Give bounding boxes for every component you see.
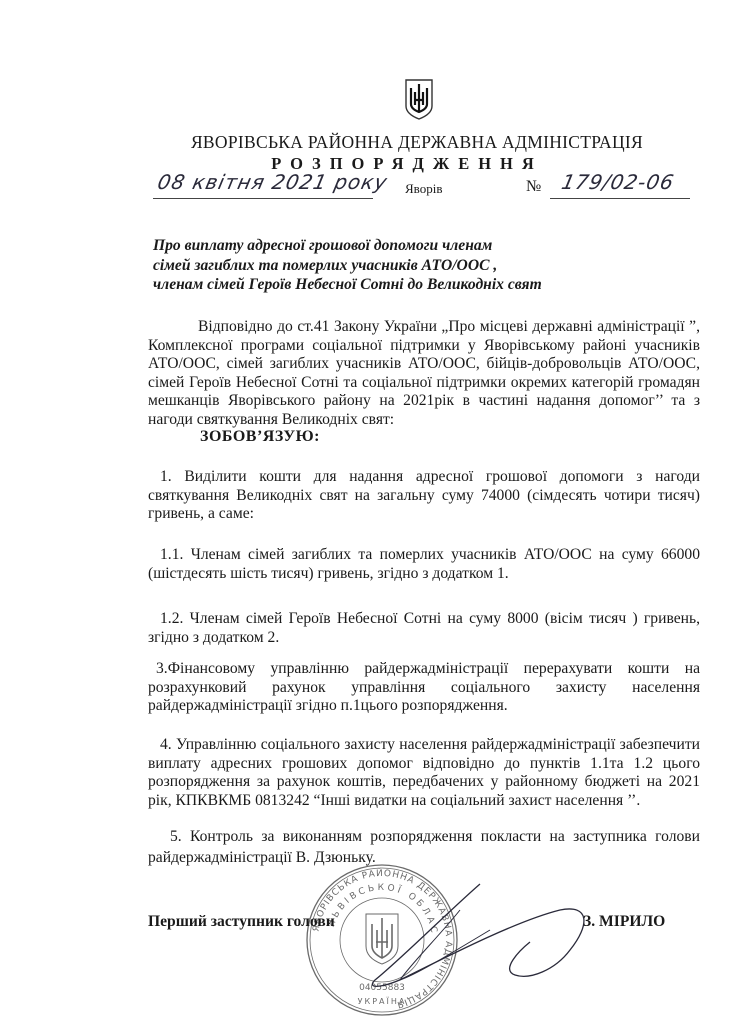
item-4-paragraph: 4. Управлінню соціального захисту населе… [148,736,700,810]
item-3-paragraph: 3.Фінансовому управлінню райдержадмініст… [148,660,700,716]
handwritten-date: 08 квітня 2021 року [155,170,390,194]
handwritten-number: 179/02-06 [559,170,676,194]
trident-coat-of-arms-icon [404,78,434,120]
subject-line: сімей загиблих та померлих учасників АТО… [153,256,613,276]
item-1-1-paragraph: 1.1. Членам сімей загиблих та померлих у… [148,546,700,583]
item-1-paragraph: 1. Виділити кошти для надання адресної г… [148,468,700,524]
subject-line: Про виплату адресної грошової допомоги ч… [153,236,613,256]
preamble-paragraph: Відповідно до ст.41 Закону України „Про … [148,318,700,430]
handwritten-signature [340,880,670,1000]
subject-line: членам сімей Героїв Небесної Сотні до Ве… [153,275,613,295]
signatory-name: З. МІРИЛО [583,913,665,931]
organization-title: ЯВОРІВСЬКА РАЙОННА ДЕРЖАВНА АДМІНІСТРАЦІ… [0,132,744,153]
document-page: ЯВОРІВСЬКА РАЙОННА ДЕРЖАВНА АДМІНІСТРАЦІ… [0,0,744,1024]
place-label: Яворів [405,181,442,197]
oblige-heading: ЗОБОВ’ЯЗУЮ: [200,428,320,446]
number-sign: № [526,178,541,196]
signatory-position: Перший заступник голови [148,913,335,931]
document-subject: Про виплату адресної грошової допомоги ч… [153,236,613,295]
item-1-2-paragraph: 1.2. Членам сімей Героїв Небесної Сотні … [148,610,700,647]
